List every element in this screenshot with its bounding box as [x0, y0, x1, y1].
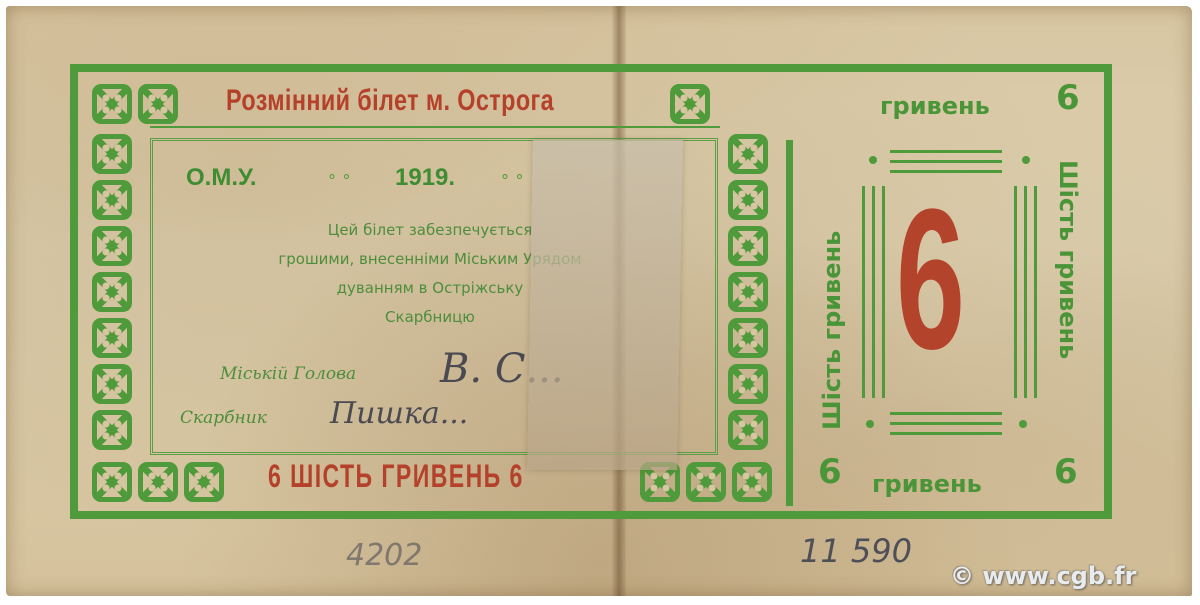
bottom-left-number: 6	[818, 452, 842, 492]
knot-ornament-icon	[92, 462, 132, 502]
left-vertical-text: Шість гривень	[818, 231, 846, 430]
bottom-denomination: 6 ШІСТЬ ГРИВЕНЬ 6	[268, 458, 524, 495]
knot-ornament-icon	[686, 462, 726, 502]
ornament-dots: ∘ ∘	[500, 166, 524, 186]
mayor-label: Міській Голова	[220, 364, 356, 384]
treasurer-signature: Пишка...	[330, 396, 468, 431]
ornament-dots: ∘ ∘	[327, 166, 351, 186]
frame-line	[890, 150, 1002, 153]
top-denomination-number: 6	[1056, 78, 1080, 118]
ornament-top-left	[92, 84, 178, 124]
frame-line	[1024, 186, 1027, 398]
corner-dot-icon	[869, 156, 877, 164]
knot-ornament-icon	[92, 226, 132, 266]
knot-ornament-icon	[670, 84, 710, 124]
knot-ornament-icon	[732, 462, 772, 502]
bottom-denomination-word: гривень	[872, 470, 982, 498]
pencil-mark-right: 11 590	[800, 532, 912, 570]
knot-ornament-icon	[728, 272, 768, 312]
corner-dot-icon	[1022, 156, 1030, 164]
knot-ornament-icon	[728, 364, 768, 404]
big-numeral: 6	[896, 180, 965, 380]
series-label: О.М.У.	[186, 164, 257, 192]
watermark: © www.cgb.fr	[950, 562, 1136, 590]
knot-ornament-icon	[184, 462, 224, 502]
bottom-right-number: 6	[1054, 452, 1078, 492]
right-panel-divider	[786, 140, 793, 506]
top-denomination-word: гривень	[880, 92, 990, 120]
repair-tape	[527, 140, 683, 470]
right-vertical-text: Шість гривень	[1054, 160, 1082, 359]
knot-ornament-icon	[138, 84, 178, 124]
treasurer-label: Скарбник	[180, 408, 267, 428]
knot-ornament-icon	[728, 318, 768, 358]
watermark-text: © www.cgb.fr	[950, 562, 1136, 590]
knot-ornament-icon	[138, 462, 178, 502]
knot-ornament-icon	[728, 226, 768, 266]
knot-ornament-icon	[92, 272, 132, 312]
corner-dot-icon	[866, 420, 874, 428]
knot-ornament-icon	[92, 134, 132, 174]
knot-ornament-icon	[92, 180, 132, 220]
frame-line	[890, 412, 1002, 415]
banknote-title: Розмінний білет м. Острога	[226, 84, 554, 118]
frame-line	[872, 186, 875, 398]
pencil-mark-left: 4202	[346, 538, 422, 573]
ornament-left-column	[92, 134, 132, 450]
knot-ornament-icon	[92, 318, 132, 358]
frame-line	[882, 186, 885, 398]
year-label: 1919.	[395, 164, 455, 192]
frame-line	[890, 422, 1002, 425]
knot-ornament-icon	[728, 180, 768, 220]
knot-ornament-icon	[92, 364, 132, 404]
frame-line	[890, 160, 1002, 163]
knot-ornament-icon	[728, 410, 768, 450]
frame-line	[1014, 186, 1017, 398]
ornament-right-column	[728, 134, 768, 450]
frame-line	[890, 432, 1002, 435]
corner-dot-icon	[1019, 420, 1027, 428]
title-underline	[150, 126, 720, 128]
ornament-bottom-left	[92, 462, 224, 502]
ornament-top-right	[670, 84, 710, 124]
frame-line	[1034, 186, 1037, 398]
knot-ornament-icon	[92, 410, 132, 450]
knot-ornament-icon	[728, 134, 768, 174]
knot-ornament-icon	[92, 84, 132, 124]
frame-line	[862, 186, 865, 398]
